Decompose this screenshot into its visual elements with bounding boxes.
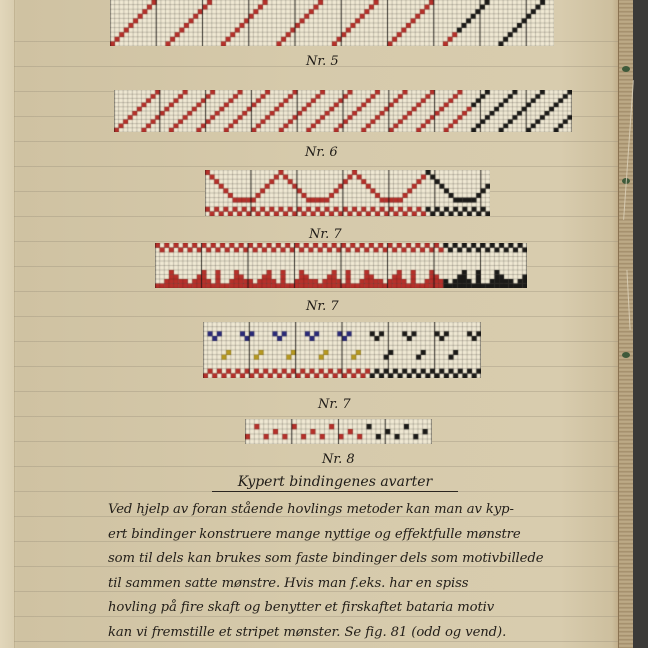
weave-draft-nr7c bbox=[245, 419, 432, 444]
section-heading: Kypert bindingenes avarter bbox=[212, 474, 458, 492]
figure-label-nr6: Nr. 6 bbox=[305, 145, 338, 160]
figure-label-nr5: Nr. 5 bbox=[306, 54, 339, 69]
figure-label-nr7c: Nr. 7 bbox=[318, 397, 351, 412]
handwritten-paragraph: Ved hjelp av foran stående hovlings meto… bbox=[108, 498, 578, 646]
figure-label-nr8: Nr. 8 bbox=[322, 452, 355, 467]
weave-draft-nr6 bbox=[205, 170, 490, 216]
text-line: som til dels kan brukes som faste bindin… bbox=[108, 547, 578, 572]
weave-draft-nr7a bbox=[155, 243, 527, 288]
text-line: kan vi fremstille et stripet mønster. Se… bbox=[108, 621, 578, 646]
text-line: til sammen satte mønstre. Hvis man f.eks… bbox=[108, 572, 578, 597]
text-line: ert bindinger konstruere mange nyttige o… bbox=[108, 523, 578, 548]
text-line: hovling på fire skaft og benytter et fir… bbox=[108, 596, 578, 621]
figure-label-nr7a: Nr. 7 bbox=[309, 227, 342, 242]
notebook-page: Nr. 5 Nr. 6 Nr. 7 Nr. 7 Nr. 7 Nr. 8 Kype… bbox=[0, 0, 624, 648]
text-line: Ved hjelp av foran stående hovlings meto… bbox=[108, 498, 578, 523]
weave-draft-top bbox=[110, 0, 554, 46]
weave-draft-nr7b bbox=[203, 322, 481, 378]
figure-label-nr7b: Nr. 7 bbox=[306, 299, 339, 314]
weave-draft-nr5 bbox=[114, 90, 572, 132]
